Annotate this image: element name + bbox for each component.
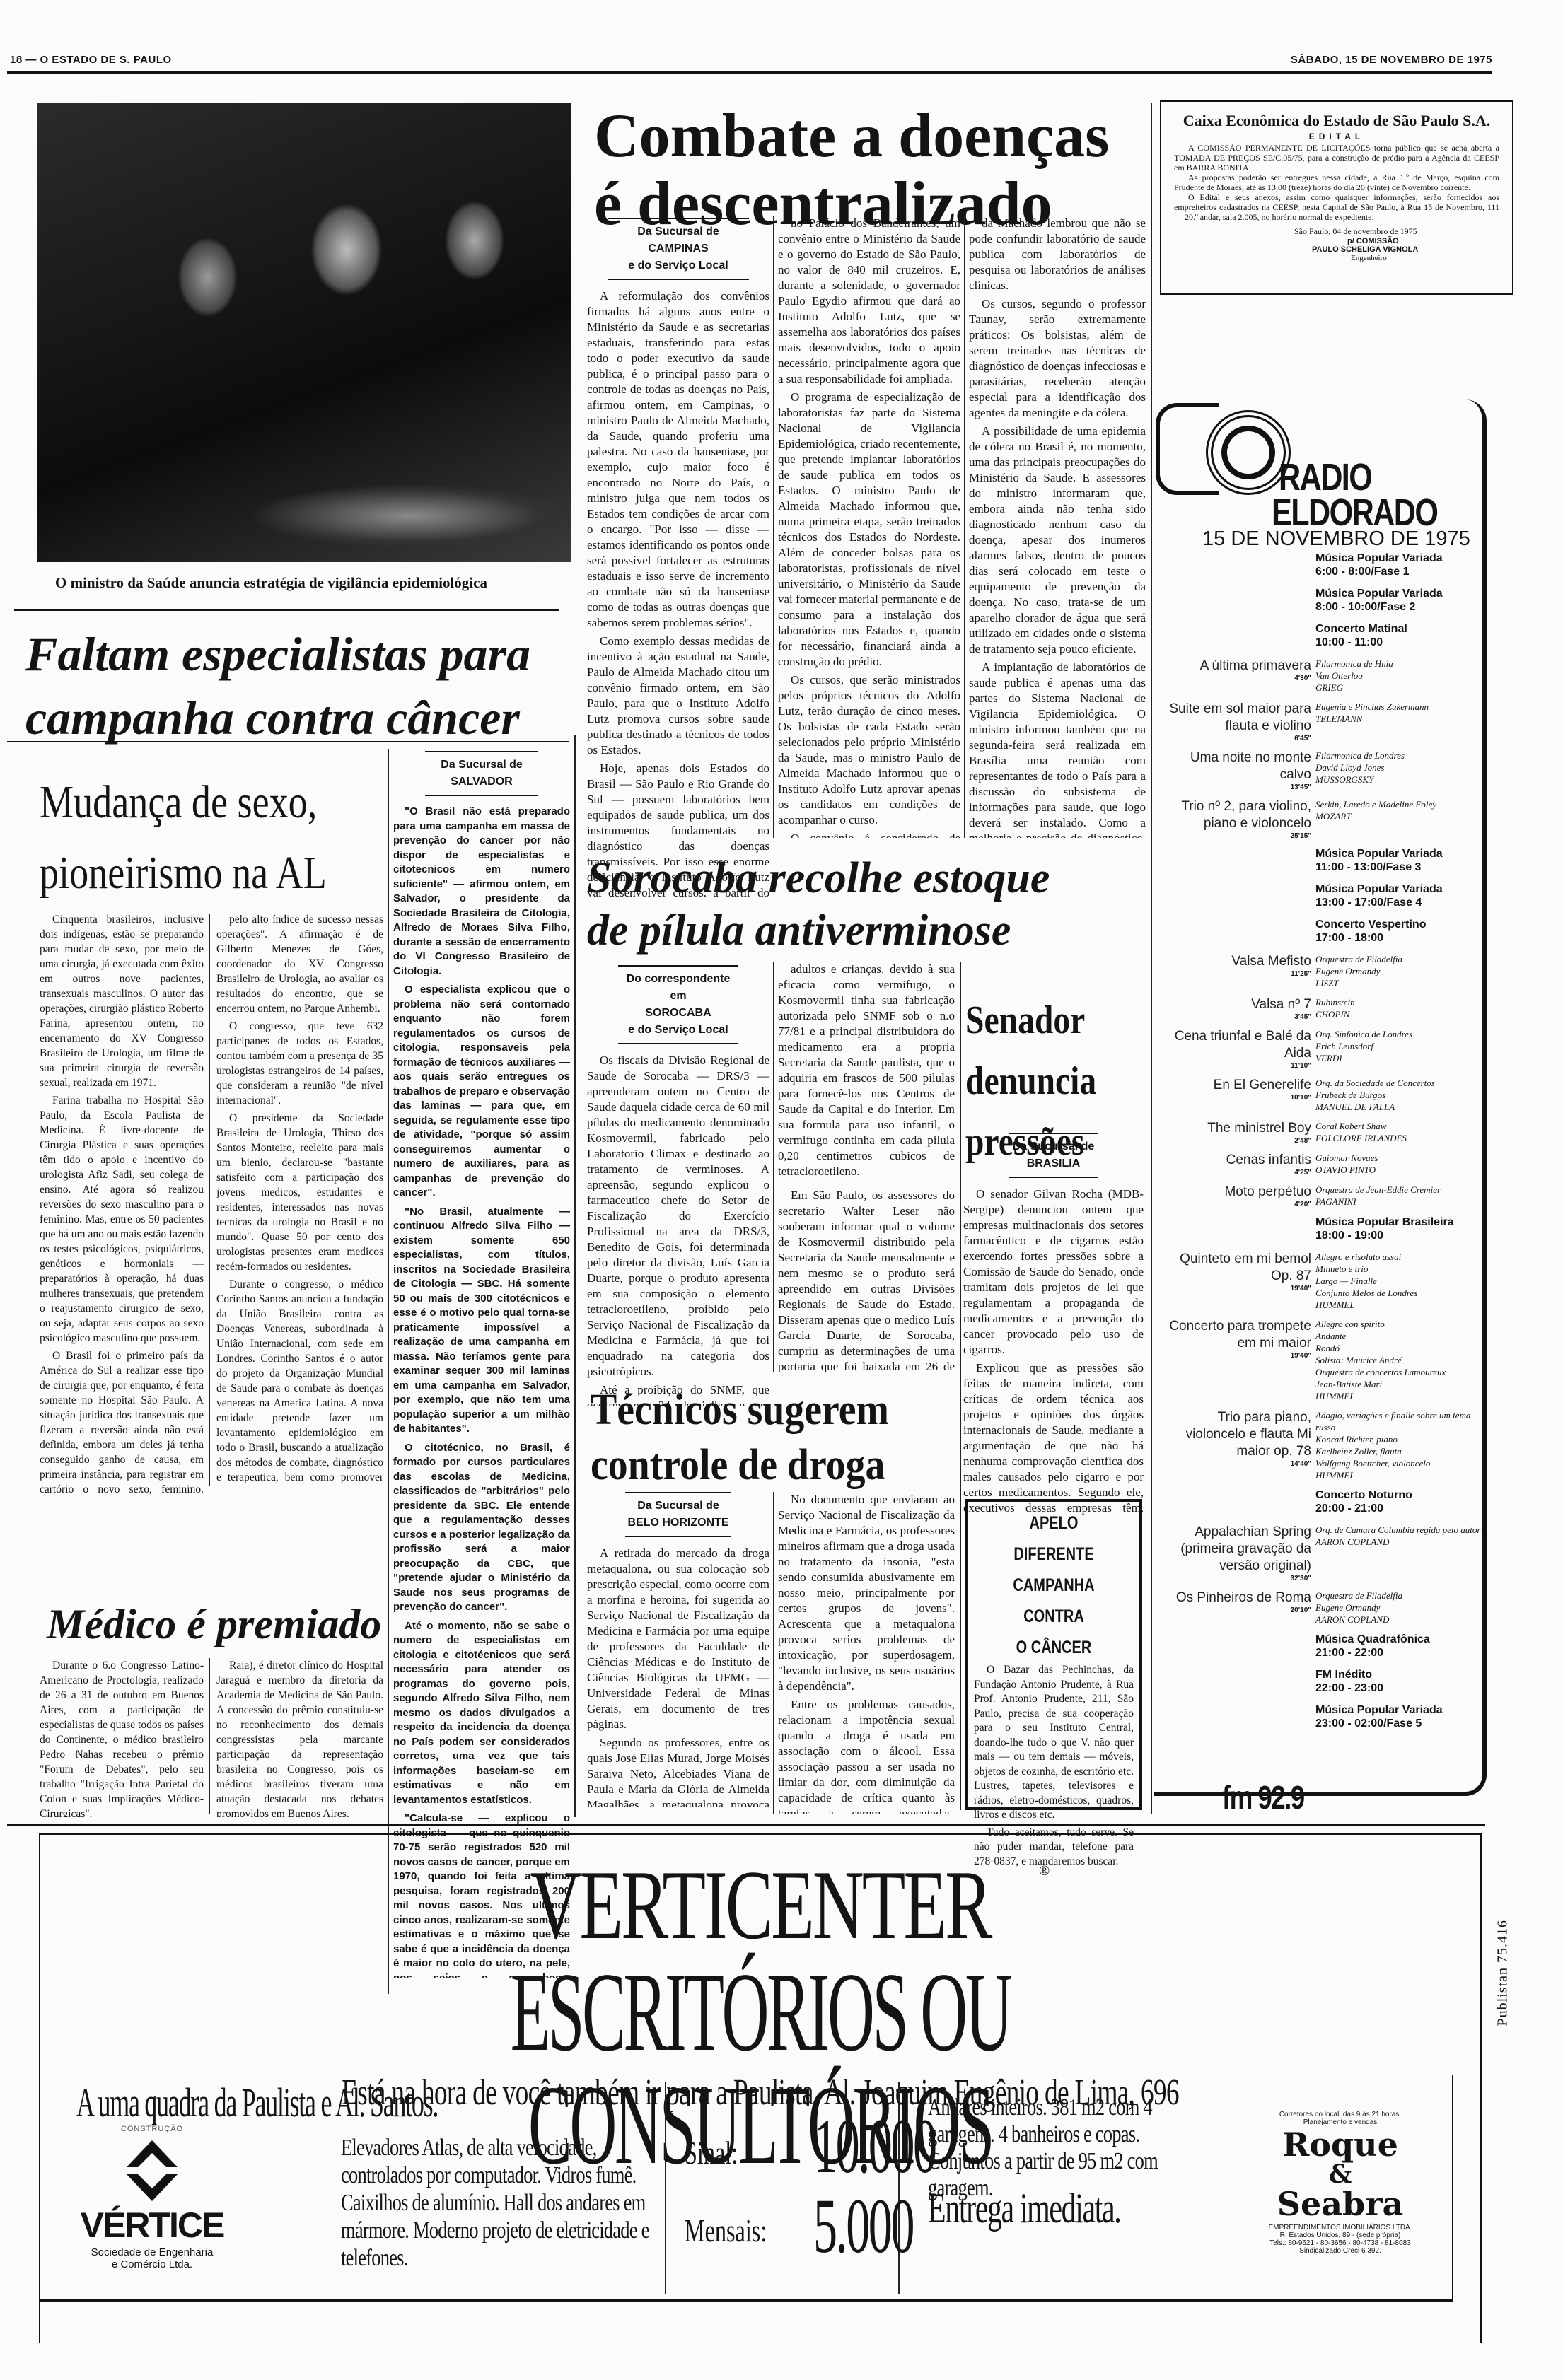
- piece-performer: Coral Robert Shaw: [1315, 1120, 1485, 1132]
- ad-brand: VERTICENTER: [242, 1856, 1279, 1955]
- paragraph: O presidente da Sociedade Brasileira de …: [216, 1111, 383, 1274]
- piece-performer: Jean-Batiste Mari: [1315, 1378, 1485, 1390]
- byline-line: e do Serviço Local: [608, 257, 749, 274]
- schedule-right: Música Popular Variada8:00 - 10:00/Fase …: [1315, 587, 1485, 614]
- schedule-right: FM Inédito22:00 - 23:00: [1315, 1668, 1485, 1695]
- schedule-right: Orquestra de FiladelfiaEugene OrmandyAAR…: [1315, 1589, 1485, 1626]
- piece-duration: 4'30": [1160, 675, 1311, 682]
- edital-sign-2: PAULO SCHELIGA VIGNOLA: [1312, 245, 1499, 254]
- piece-performer: MANUEL DE FALLA: [1315, 1101, 1485, 1113]
- paragraph: Os cursos, segundo o professor Taunay, s…: [969, 296, 1146, 421]
- piece-duration: 11'25": [1160, 970, 1311, 978]
- seller-name: Seabra: [1259, 2187, 1422, 2221]
- article-body: A reformulação dos convênios firmados há…: [587, 288, 769, 897]
- piece-duration: 2'48": [1160, 1137, 1311, 1145]
- article-body: Os fiscais da Divisão Regional de Saude …: [587, 1053, 769, 1406]
- piece-performer: Rondó: [1315, 1342, 1485, 1354]
- schedule-left: A última primavera4'30": [1160, 658, 1315, 694]
- piece-duration: 4'20": [1160, 1201, 1311, 1208]
- ad-agency: Publistan 75.416: [1494, 1920, 1511, 2026]
- radio-logo-line-1: RADIO: [1279, 460, 1439, 495]
- piece-performer: AARON COPLAND: [1315, 1536, 1485, 1548]
- schedule-right: Orquestra de FiladelfiaEugene OrmandyLIS…: [1315, 953, 1485, 989]
- paragraph: Os fiscais da Divisão Regional de Saude …: [587, 1053, 769, 1379]
- slot-title: Concerto Matinal: [1315, 622, 1485, 636]
- schedule-right: Música Popular Variada6:00 - 8:00/Fase 1: [1315, 552, 1485, 578]
- paragraph: Como exemplo dessas medidas de incentivo…: [587, 634, 769, 758]
- piece-title: En El Generelife: [1160, 1077, 1311, 1094]
- piece-performer: Frubeck de Burgos: [1315, 1089, 1485, 1101]
- ad-mensais-value: 5.000: [813, 2183, 913, 2268]
- builder-label: Construção: [71, 2125, 233, 2133]
- headline-line-1: Sorocaba recolhe estoque: [587, 852, 1050, 904]
- piece-performer: CHOPIN: [1315, 1008, 1485, 1020]
- slot-title: Música Popular Brasileira: [1315, 1215, 1485, 1229]
- article-mudanca-col2: pelo alto índice de sucesso nessas opera…: [216, 912, 383, 1485]
- headline-line-2: pioneirismo na AL: [40, 838, 327, 909]
- seller-note: Corretores no local, das 9 às 21 horas.: [1259, 2111, 1422, 2118]
- schedule-piece: Concerto para trompete em mi maior19'40"…: [1160, 1318, 1485, 1402]
- piece-performer: David Lloyd Jones: [1315, 762, 1485, 774]
- paragraph: O programa de especialização de laborato…: [778, 390, 960, 670]
- slot-time: 8:00 - 10:00/Fase 2: [1315, 600, 1485, 614]
- piece-title: Valsa Mefisto: [1160, 953, 1311, 970]
- piece-performer: GRIEG: [1315, 682, 1485, 694]
- piece-title: Uma noite no monte calvo: [1160, 749, 1311, 783]
- paragraph: A implantação de laboratórios de saude p…: [969, 660, 1146, 838]
- radio-schedule: Música Popular Variada6:00 - 8:00/Fase 1…: [1160, 552, 1485, 1739]
- paragraph: Raia), é diretor clínico do Hospital Jar…: [216, 1658, 383, 1817]
- schedule-right: Orq. da Sociedade de ConcertosFrubeck de…: [1315, 1077, 1485, 1113]
- piece-performer: Allegro con spirito: [1315, 1318, 1485, 1330]
- piece-performer: HUMMEL: [1315, 1469, 1485, 1481]
- paragraph: O congresso, que teve 632 participanes d…: [216, 1019, 383, 1108]
- piece-performer: Conjunto Melos de Londres: [1315, 1287, 1485, 1299]
- schedule-right: Concerto Noturno20:00 - 21:00: [1315, 1488, 1485, 1515]
- paragraph: pelo alto índice de sucesso nessas opera…: [216, 912, 383, 1016]
- column-divider: [773, 216, 774, 838]
- column-divider: [964, 216, 965, 838]
- slot-time: 13:00 - 17:00/Fase 4: [1315, 896, 1485, 909]
- radio-frequency: fm 92.9: [1222, 1778, 1304, 1816]
- article-body: A retirada do mercado da droga metaqualo…: [587, 1546, 769, 1807]
- byline-salvador: Da Sucursal de SALVADOR: [425, 751, 538, 796]
- piece-performer: OTAVIO PINTO: [1315, 1164, 1485, 1176]
- piece-performer: Eugene Ormandy: [1315, 965, 1485, 977]
- schedule-slot: Música Popular Variada6:00 - 8:00/Fase 1: [1160, 552, 1485, 578]
- piece-performer: Guiomar Novaes: [1315, 1152, 1485, 1164]
- headline-line-1: Mudança de sexo,: [40, 767, 327, 838]
- headline-line-1: Técnicos sugerem: [591, 1382, 889, 1437]
- slot-title: Concerto Noturno: [1315, 1488, 1485, 1502]
- piece-performer: Solista: Maurice André: [1315, 1354, 1485, 1366]
- builder-sub: Sociedade de Engenharia: [71, 2246, 233, 2258]
- schedule-piece: The ministrel Boy2'48"Coral Robert ShawF…: [1160, 1120, 1485, 1145]
- paragraph: Os cursos, que serão ministrados pelos p…: [778, 672, 960, 828]
- schedule-piece: Appalachian Spring (primeira gravação da…: [1160, 1524, 1485, 1582]
- article-medico-col1: Durante o 6.o Congresso Latino-Americano…: [40, 1658, 204, 1817]
- piece-performer: Andante: [1315, 1330, 1485, 1342]
- piece-performer: Erich Leinsdorf: [1315, 1040, 1485, 1052]
- slot-title: Música Popular Variada: [1315, 882, 1485, 896]
- paragraph: Segundo os professores, entre os quais J…: [587, 1735, 769, 1807]
- slot-time: 10:00 - 11:00: [1315, 636, 1485, 649]
- paragraph: O senador Gilvan Rocha (MDB-Sergipe) den…: [963, 1186, 1144, 1358]
- schedule-right: Orquestra de Jean-Eddie CremierPAGANINI: [1315, 1184, 1485, 1208]
- schedule-right: Serkin, Laredo e Madeline FoleyMOZART: [1315, 798, 1485, 840]
- byline-sorocaba: Do correspondente em SOROCABA e do Servi…: [618, 965, 738, 1044]
- paragraph: O Edital e seus anexos, assim como quais…: [1174, 192, 1499, 222]
- piece-title: The ministrel Boy: [1160, 1120, 1311, 1137]
- paragraph: Durante o congresso, o médico Corintho S…: [216, 1277, 383, 1485]
- schedule-right: Música Popular Variada11:00 - 13:00/Fase…: [1315, 847, 1485, 874]
- schedule-right: Música Popular Variada23:00 - 02:00/Fase…: [1315, 1703, 1485, 1730]
- schedule-piece: Moto perpétuo4'20"Orquestra de Jean-Eddi…: [1160, 1184, 1485, 1208]
- paragraph: adultos e crianças, devido à sua eficaci…: [778, 962, 955, 1179]
- schedule-left: [1160, 1633, 1315, 1659]
- seller-sub: R. Estados Unidos, 89 - (sede própria): [1259, 2232, 1422, 2239]
- paragraph: O Bazar das Pechinchas, da Fundação Anto…: [974, 1663, 1134, 1823]
- schedule-piece: En El Generelife10'10"Orq. da Sociedade …: [1160, 1077, 1485, 1113]
- schedule-left: [1160, 847, 1315, 874]
- schedule-left: [1160, 622, 1315, 649]
- piece-performer: Rubinstein: [1315, 996, 1485, 1008]
- piece-performer: Konrad Richter, piano: [1315, 1433, 1485, 1445]
- schedule-piece: Quinteto em mi bemol Op. 8719'40"Allegro…: [1160, 1251, 1485, 1311]
- slot-title: Música Popular Variada: [1315, 1703, 1485, 1717]
- paragraph: A possibilidade de uma epidemia de cóler…: [969, 424, 1146, 657]
- piece-performer: FOLCLORE IRLANDES: [1315, 1132, 1485, 1144]
- column-divider: [773, 1492, 774, 1814]
- schedule-right: Allegro con spiritoAndanteRondóSolista: …: [1315, 1318, 1485, 1402]
- piece-performer: Orq. de Camara Columbia regida pelo auto…: [1315, 1524, 1485, 1536]
- ad-divider: [665, 2082, 666, 2294]
- headline-mudanca: Mudança de sexo, pioneirismo na AL: [40, 767, 390, 909]
- slot-time: 21:00 - 22:00: [1315, 1646, 1485, 1659]
- schedule-left: [1160, 1215, 1315, 1242]
- edital-date: São Paulo, 04 de novembro de 1975: [1294, 226, 1499, 237]
- headline-medico: Médico é premiado: [47, 1599, 381, 1649]
- piece-title: Cena triunfal e Balé da Aida: [1160, 1028, 1311, 1062]
- piece-performer: Adagio, variações e finalle sobre um tem…: [1315, 1409, 1485, 1433]
- article-tecnicos-col1: Da Sucursal de BELO HORIZONTE A retirada…: [587, 1492, 769, 1817]
- piece-title: Trio para piano, violoncelo e flauta Mi …: [1160, 1409, 1311, 1460]
- schedule-slot: Música Popular Variada8:00 - 10:00/Fase …: [1160, 587, 1485, 614]
- vertice-logo: Construção VÉRTICE Sociedade de Engenhar…: [71, 2125, 233, 2270]
- seller-sub: Sindicalizado Creci 6 392.: [1259, 2247, 1422, 2255]
- paragraph: A COMISSÃO PERMANENTE DE LICITAÇÕES torn…: [1174, 143, 1499, 173]
- slot-time: 18:00 - 19:00: [1315, 1229, 1485, 1242]
- piece-performer: Orquestra de Filadelfia: [1315, 953, 1485, 965]
- byline-line: Da Sucursal de: [425, 757, 538, 774]
- piece-title: Os Pinheiros de Roma: [1160, 1589, 1311, 1606]
- edital-body: A COMISSÃO PERMANENTE DE LICITAÇÕES torn…: [1174, 143, 1499, 222]
- column-divider: [773, 962, 774, 1372]
- piece-title: Appalachian Spring (primeira gravação da…: [1160, 1524, 1311, 1575]
- news-photo-minister: [37, 103, 571, 562]
- byline-line: Da Sucursal de CAMPINAS: [608, 223, 749, 257]
- paragraph: Durante o 6.o Congresso Latino-Americano…: [40, 1658, 204, 1817]
- paragraph: Até o momento, não se sabe o numero de e…: [393, 1619, 570, 1808]
- schedule-slot: Concerto Noturno20:00 - 21:00: [1160, 1488, 1485, 1515]
- paragraph: O Brasil foi o primeiro país da América …: [40, 1348, 204, 1499]
- seller-amp: &: [1259, 2162, 1422, 2187]
- byline-line: e do Serviço Local: [618, 1022, 738, 1039]
- ad-registered-icon: ®: [1039, 1863, 1050, 1879]
- ad-features: Elevadores Atlas, de alta velocidade, co…: [341, 2134, 650, 2272]
- column-divider: [960, 962, 961, 1810]
- schedule-slot: Música Popular Brasileira18:00 - 19:00: [1160, 1215, 1485, 1242]
- column-divider: [574, 735, 576, 1817]
- schedule-right: Concerto Vespertino17:00 - 18:00: [1315, 918, 1485, 945]
- page-header-left: 18 — O ESTADO DE S. PAULO: [10, 54, 172, 66]
- piece-performer: Eugenia e Pinchas Zukermann: [1315, 701, 1485, 713]
- paragraph: A retirada do mercado da droga metaqualo…: [587, 1546, 769, 1732]
- headline-line-2: controle de droga: [591, 1437, 889, 1493]
- column-divider: [209, 1658, 210, 1814]
- schedule-piece: Trio nº 2, para violino, piano e violonc…: [1160, 798, 1485, 840]
- piece-duration: 3'45": [1160, 1013, 1311, 1021]
- apelo-box: APELO DIFERENTE CAMPANHA CONTRA O CÂNCER…: [965, 1499, 1142, 1810]
- paragraph: No documento que enviaram ao Serviço Nac…: [778, 1492, 955, 1694]
- headline-line-1: Senador: [965, 990, 1096, 1051]
- schedule-piece: Cenas infantis4'25"Guiomar NovaesOTAVIO …: [1160, 1152, 1485, 1177]
- schedule-slot: Música Popular Variada13:00 - 17:00/Fase…: [1160, 882, 1485, 909]
- article-senador: Da Sucursal de BRASILIA O senador Gilvan…: [963, 1133, 1144, 1536]
- piece-performer: TELEMANN: [1315, 713, 1485, 725]
- schedule-left: Cena triunfal e Balé da Aida11'10": [1160, 1028, 1315, 1070]
- article-body: "O Brasil não está preparado para uma ca…: [393, 805, 570, 1978]
- headline-line-1: Faltam especialistas para: [25, 622, 570, 686]
- schedule-left: Valsa nº 73'45": [1160, 996, 1315, 1021]
- piece-performer: Orq. da Sociedade de Concertos: [1315, 1077, 1485, 1089]
- piece-performer: AARON COPLAND: [1315, 1614, 1485, 1626]
- schedule-left: Moto perpétuo4'20": [1160, 1184, 1315, 1208]
- slot-time: 23:00 - 02:00/Fase 5: [1315, 1717, 1485, 1730]
- article-combate-col3: da Machado lembrou que não se pode confu…: [969, 216, 1146, 838]
- piece-title: A última primavera: [1160, 658, 1311, 675]
- schedule-piece: A última primavera4'30"Filarmonica de Hn…: [1160, 658, 1485, 694]
- piece-performer: Allegro e risoluto assai: [1315, 1251, 1485, 1263]
- schedule-right: Coral Robert ShawFOLCLORE IRLANDES: [1315, 1120, 1485, 1145]
- paragraph: Entre os problemas causados, relacionam …: [778, 1697, 955, 1814]
- article-combate-col1: Da Sucursal de CAMPINAS e do Serviço Loc…: [587, 218, 769, 875]
- piece-performer: LISZT: [1315, 977, 1485, 989]
- schedule-right: Orq. Sinfonica de LondresErich Leinsdorf…: [1315, 1028, 1485, 1070]
- piece-duration: 11'10": [1160, 1062, 1311, 1070]
- article-combate-col2: no Palácio dos Bandeirantes, um convênio…: [778, 216, 960, 838]
- edital-sign-1: p/ COMISSÃO: [1347, 237, 1499, 245]
- apelo-title: APELO DIFERENTE CAMPANHA CONTRA O CÂNCER: [990, 1507, 1118, 1663]
- piece-duration: 14'40": [1160, 1460, 1311, 1468]
- slot-time: 17:00 - 18:00: [1315, 931, 1485, 945]
- headline-sorocaba: Sorocaba recolhe estoque de pílula antiv…: [587, 852, 1050, 957]
- schedule-slot: Música Popular Variada23:00 - 02:00/Fase…: [1160, 1703, 1485, 1730]
- vertice-diamond-icon: [124, 2139, 180, 2203]
- headline-line-2: de pílula antiverminose: [587, 904, 1050, 957]
- slot-time: 20:00 - 21:00: [1315, 1502, 1485, 1515]
- edital-org: Caixa Econômica do Estado de São Paulo S…: [1174, 112, 1499, 130]
- slot-title: Música Quadrafônica: [1315, 1633, 1485, 1646]
- byline-belo-horizonte: Da Sucursal de BELO HORIZONTE: [625, 1492, 731, 1537]
- apelo-title-line: CAMPANHA CONTRA: [990, 1570, 1118, 1632]
- paragraph: As propostas poderão ser entregues nessa…: [1174, 173, 1499, 192]
- schedule-right: Concerto Matinal10:00 - 11:00: [1315, 622, 1485, 649]
- seller-name: Roque: [1259, 2128, 1422, 2162]
- piece-duration: 13'45": [1160, 783, 1311, 791]
- seller-sub: EMPREENDIMENTOS IMOBILIÁRIOS LTDA.: [1259, 2224, 1422, 2232]
- headline-faltam: Faltam especialistas para campanha contr…: [25, 622, 570, 749]
- schedule-left: [1160, 918, 1315, 945]
- piece-title: Valsa nº 7: [1160, 996, 1311, 1013]
- paragraph: da Machado lembrou que não se pode confu…: [969, 216, 1146, 293]
- schedule-slot: FM Inédito22:00 - 23:00: [1160, 1668, 1485, 1695]
- piece-performer: MOZART: [1315, 810, 1485, 822]
- radio-date: 15 DE NOVEMBRO DE 1975: [1202, 527, 1470, 551]
- paragraph: no Palácio dos Bandeirantes, um convênio…: [778, 216, 960, 387]
- article-tecnicos-col2: No documento que enviaram ao Serviço Nac…: [778, 1492, 955, 1814]
- schedule-right: Orq. de Camara Columbia regida pelo auto…: [1315, 1524, 1485, 1582]
- paragraph: O convênio é considerado de grande impor…: [778, 831, 960, 838]
- schedule-right: Filarmonica de LondresDavid Lloyd JonesM…: [1315, 749, 1485, 791]
- byline-line: BRASILIA: [1009, 1155, 1098, 1172]
- ad-sinal-label: Sinal:: [685, 2134, 738, 2171]
- column-divider: [388, 749, 389, 1994]
- schedule-slot: Música Quadrafônica21:00 - 22:00: [1160, 1633, 1485, 1659]
- schedule-left: [1160, 552, 1315, 578]
- schedule-right: Allegro e risoluto assaiMinueto e trioLa…: [1315, 1251, 1485, 1311]
- piece-performer: Van Otterloo: [1315, 670, 1485, 682]
- apelo-title-line: APELO DIFERENTE: [990, 1507, 1118, 1570]
- piece-performer: HUMMEL: [1315, 1390, 1485, 1402]
- article-faltam: Da Sucursal de SALVADOR "O Brasil não es…: [393, 751, 570, 1995]
- piece-performer: Eugene Ormandy: [1315, 1602, 1485, 1614]
- piece-performer: Orquestra de Jean-Eddie Cremier: [1315, 1184, 1485, 1196]
- article-body: O senador Gilvan Rocha (MDB-Sergipe) den…: [963, 1186, 1144, 1519]
- paragraph: Explicou que as pressões são feitas de m…: [963, 1360, 1144, 1519]
- article-medico-col2: Raia), é diretor clínico do Hospital Jar…: [216, 1658, 383, 1817]
- column-divider: [1151, 103, 1152, 1814]
- piece-duration: 25'15": [1160, 832, 1311, 840]
- piece-performer: Wolfgang Boettcher, violoncelo: [1315, 1457, 1485, 1469]
- schedule-right: Guiomar NovaesOTAVIO PINTO: [1315, 1152, 1485, 1177]
- piece-duration: 10'10": [1160, 1094, 1311, 1102]
- schedule-left: Uma noite no monte calvo13'45": [1160, 749, 1315, 791]
- schedule-piece: Suite em sol maior para flauta e violino…: [1160, 701, 1485, 742]
- article-sorocaba-col1: Do correspondente em SOROCABA e do Servi…: [587, 965, 769, 1396]
- ad-location: A uma quadra da Paulista e Al. Santos.: [76, 2080, 438, 2125]
- edital-title: EDITAL: [1174, 132, 1499, 141]
- piece-performer: Karlheinz Zoller, flauta: [1315, 1445, 1485, 1457]
- slot-title: Música Popular Variada: [1315, 552, 1485, 565]
- schedule-left: Concerto para trompete em mi maior19'40": [1160, 1318, 1315, 1402]
- schedule-right: Filarmonica de HniaVan OtterlooGRIEG: [1315, 658, 1485, 694]
- piece-performer: Serkin, Laredo e Madeline Foley: [1315, 798, 1485, 810]
- paragraph: Em São Paulo, os assessores do secretari…: [778, 1188, 955, 1372]
- edital-notice: Caixa Econômica do Estado de São Paulo S…: [1160, 100, 1513, 295]
- headline-line-1: Combate a doenças: [594, 103, 1146, 170]
- piece-performer: VERDI: [1315, 1052, 1485, 1064]
- column-divider: [209, 914, 210, 1486]
- byline-line: Do correspondente em: [618, 971, 738, 1005]
- article-mudanca-col1: Cinquenta brasileiros, inclusive dois in…: [40, 912, 204, 1499]
- paragraph: "O Brasil não está preparado para uma ca…: [393, 805, 570, 979]
- paragraph: Farina trabalha no Hospital São Paulo, d…: [40, 1093, 204, 1346]
- header-rule: [7, 71, 1492, 74]
- piece-performer: Orq. Sinfonica de Londres: [1315, 1028, 1485, 1040]
- schedule-right: Música Quadrafônica21:00 - 22:00: [1315, 1633, 1485, 1659]
- schedule-slot: Música Popular Variada11:00 - 13:00/Fase…: [1160, 847, 1485, 874]
- paragraph: Cinquenta brasileiros, inclusive dois in…: [40, 912, 204, 1090]
- piece-title: Quinteto em mi bemol Op. 87: [1160, 1251, 1311, 1285]
- builder-name: VÉRTICE: [71, 2207, 233, 2244]
- schedule-left: The ministrel Boy2'48": [1160, 1120, 1315, 1145]
- slot-title: FM Inédito: [1315, 1668, 1485, 1681]
- piece-duration: 4'25": [1160, 1169, 1311, 1177]
- roque-seabra-logo: Corretores no local, das 9 às 21 horas. …: [1259, 2111, 1422, 2255]
- schedule-left: Trio nº 2, para violino, piano e violonc…: [1160, 798, 1315, 840]
- piece-performer: Largo — Finalle: [1315, 1275, 1485, 1287]
- schedule-left: En El Generelife10'10": [1160, 1077, 1315, 1113]
- piece-performer: Filarmonica de Londres: [1315, 749, 1485, 762]
- byline-line: Da Sucursal de: [1009, 1138, 1098, 1155]
- byline-brasilia: Da Sucursal de BRASILIA: [1009, 1133, 1098, 1178]
- schedule-left: [1160, 1488, 1315, 1515]
- byline-line: Da Sucursal de: [625, 1498, 731, 1515]
- edital-sign-3: Engenheiro: [1351, 254, 1499, 262]
- schedule-left: [1160, 1668, 1315, 1695]
- schedule-right: Adagio, variações e finalle sobre um tem…: [1315, 1409, 1485, 1481]
- schedule-slot: Concerto Matinal10:00 - 11:00: [1160, 622, 1485, 649]
- paragraph: O citotécnico, no Brasil, é formado por …: [393, 1441, 570, 1615]
- schedule-left: Appalachian Spring (primeira gravação da…: [1160, 1524, 1315, 1582]
- schedule-left: Cenas infantis4'25": [1160, 1152, 1315, 1177]
- schedule-left: Quinteto em mi bemol Op. 8719'40": [1160, 1251, 1315, 1311]
- piece-title: Cenas infantis: [1160, 1152, 1311, 1169]
- schedule-left: Suite em sol maior para flauta e violino…: [1160, 701, 1315, 742]
- byline-line: SALVADOR: [425, 774, 538, 791]
- slot-time: 22:00 - 23:00: [1315, 1681, 1485, 1695]
- caption-rule: [14, 609, 559, 611]
- headline-line-2: denuncia: [965, 1051, 1096, 1112]
- schedule-right: Música Popular Brasileira18:00 - 19:00: [1315, 1215, 1485, 1242]
- piece-performer: Minueto e trio: [1315, 1263, 1485, 1275]
- photo-caption: O ministro da Saúde anuncia estratégia d…: [55, 574, 487, 592]
- slot-title: Música Popular Variada: [1315, 587, 1485, 600]
- schedule-piece: Trio para piano, violoncelo e flauta Mi …: [1160, 1409, 1485, 1481]
- headline-tecnicos: Técnicos sugerem controle de droga: [591, 1382, 922, 1493]
- piece-duration: 32'30": [1160, 1575, 1311, 1582]
- section-rule: [7, 741, 569, 742]
- piece-title: Trio nº 2, para violino, piano e violonc…: [1160, 798, 1311, 832]
- schedule-left: Valsa Mefisto11'25": [1160, 953, 1315, 989]
- paragraph: O especialista explicou que o problema n…: [393, 983, 570, 1201]
- schedule-right: RubinsteinCHOPIN: [1315, 996, 1485, 1021]
- page-header-date: SÁBADO, 15 DE NOVEMBRO DE 1975: [1291, 54, 1492, 66]
- article-sorocaba-col2: adultos e crianças, devido à sua eficaci…: [778, 962, 955, 1372]
- slot-time: 6:00 - 8:00/Fase 1: [1315, 565, 1485, 578]
- piece-duration: 19'40": [1160, 1285, 1311, 1293]
- piece-title: Concerto para trompete em mi maior: [1160, 1318, 1311, 1352]
- piece-duration: 6'45": [1160, 735, 1311, 742]
- slot-title: Concerto Vespertino: [1315, 918, 1485, 931]
- radio-logo-swirl-icon: [1206, 410, 1291, 495]
- schedule-left: Trio para piano, violoncelo e flauta Mi …: [1160, 1409, 1315, 1481]
- schedule-left: [1160, 882, 1315, 909]
- builder-sub: e Comércio Ltda.: [71, 2258, 233, 2270]
- schedule-left: [1160, 1703, 1315, 1730]
- schedule-right: Música Popular Variada13:00 - 17:00/Fase…: [1315, 882, 1485, 909]
